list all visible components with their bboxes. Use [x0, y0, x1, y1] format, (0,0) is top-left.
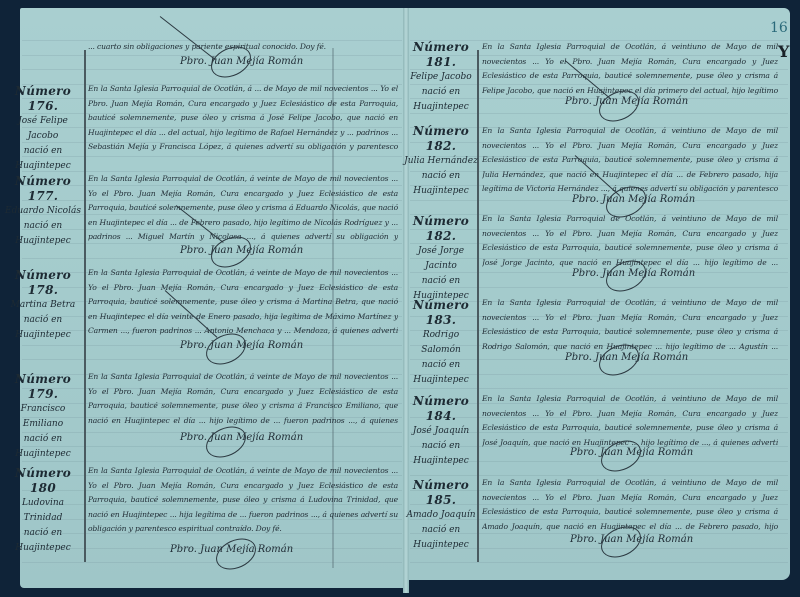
page-number: 16	[770, 20, 788, 36]
entry-label: Número 181. Felipe Jacobo nació en Huaji…	[402, 40, 480, 115]
margin-check-mark: Y	[778, 42, 789, 61]
entry-status: nació en	[4, 144, 82, 159]
entry-status: nació en	[4, 313, 82, 328]
entry-place: Huajintepec	[4, 159, 82, 174]
entry-name: José Felipe Jacobo	[4, 114, 82, 144]
entry-name: Martina Betra	[4, 298, 82, 313]
entry-name: José Jorge Jacinto	[402, 244, 480, 274]
entry-place: Huajintepec	[402, 100, 480, 115]
entry-number: Número 182.	[402, 124, 480, 154]
entry-place: Huajintepec	[4, 447, 82, 462]
entry-label: Número 182. José Jorge Jacinto nació en …	[402, 214, 480, 304]
entry-label: Número 185. Amado Joaquín nació en Huaji…	[402, 478, 480, 553]
entry-status: nació en	[402, 523, 480, 538]
entry-place: Huajintepec	[402, 538, 480, 553]
entry-status: nació en	[402, 169, 480, 184]
entry-place: Huajintepec	[4, 234, 82, 249]
ruled-line	[410, 388, 788, 389]
entry-label: Número 177. Eduardo Nicolás nació en Hua…	[4, 174, 82, 249]
entry-status: nació en	[4, 526, 82, 541]
entry-name: Julia Hernández	[402, 154, 480, 169]
entry-status: nació en	[4, 219, 82, 234]
left-margin-line	[84, 50, 86, 562]
entry-number: Número 176.	[4, 84, 82, 114]
entry-number: Número 184.	[402, 394, 480, 424]
entry-name: Amado Joaquín	[402, 508, 480, 523]
entry-name: Rodrigo Salomón	[402, 328, 480, 358]
ruled-line	[410, 562, 788, 563]
entry-label: Número 182. Julia Hernández nació en Hua…	[402, 124, 480, 199]
entry-number: Número 181.	[402, 40, 480, 70]
entry-name: Ludovina Trinidad	[4, 496, 82, 526]
entry-name: Francisco Emiliano	[4, 402, 82, 432]
entry-status: nació en	[402, 85, 480, 100]
entry-name: Felipe Jacobo	[402, 70, 480, 85]
entry-number: Número 183.	[402, 298, 480, 328]
entry-body: En la Santa Iglesia Parroquial de Ocotlá…	[482, 40, 778, 98]
entry-name: José Joaquín	[402, 424, 480, 439]
entry-body: En la Santa Iglesia Parroquial de Ocotlá…	[482, 124, 778, 196]
entry-place: Huajintepec	[402, 373, 480, 388]
entry-place: Huajintepec	[402, 184, 480, 199]
entry-label: Número 179. Francisco Emiliano nació en …	[4, 372, 82, 462]
entry-number: Número 182.	[402, 214, 480, 244]
entry-body: En la Santa Iglesia Parroquial de Ocotlá…	[88, 370, 398, 430]
entry-status: nació en	[402, 274, 480, 289]
entry-body: En la Santa Iglesia Parroquial de Ocotlá…	[88, 172, 398, 246]
ruled-line	[22, 562, 402, 563]
entry-body: En la Santa Iglesia Parroquial de Ocotlá…	[482, 476, 778, 534]
entry-body: En la Santa Iglesia Parroquial de Ocotlá…	[88, 82, 398, 156]
entry-number: Número 185.	[402, 478, 480, 508]
entry-number: Número 178.	[4, 268, 82, 298]
entry-body: En la Santa Iglesia Parroquial de Ocotlá…	[88, 464, 398, 538]
entry-place: Huajintepec	[4, 328, 82, 343]
entry-name: Eduardo Nicolás	[4, 204, 82, 219]
entry-label: Número 176. José Felipe Jacobo nació en …	[4, 84, 82, 174]
entry-status: nació en	[402, 358, 480, 373]
entry-number: Número 179.	[4, 372, 82, 402]
entry-number: Número 180	[4, 466, 82, 496]
entry-label: Número 183. Rodrigo Salomón nació en Hua…	[402, 298, 480, 388]
entry-body: En la Santa Iglesia Parroquial de Ocotlá…	[88, 266, 398, 340]
entry-place: Huajintepec	[4, 541, 82, 556]
entry-label: Número 180 Ludovina Trinidad nació en Hu…	[4, 466, 82, 556]
entry-status: nació en	[402, 439, 480, 454]
entry-number: Número 177.	[4, 174, 82, 204]
entry-label: Número 184. José Joaquín nació en Huajin…	[402, 394, 480, 469]
entry-place: Huajintepec	[402, 454, 480, 469]
entry-label: Número 178. Martina Betra nació en Huaji…	[4, 268, 82, 343]
entry-status: nació en	[4, 432, 82, 447]
